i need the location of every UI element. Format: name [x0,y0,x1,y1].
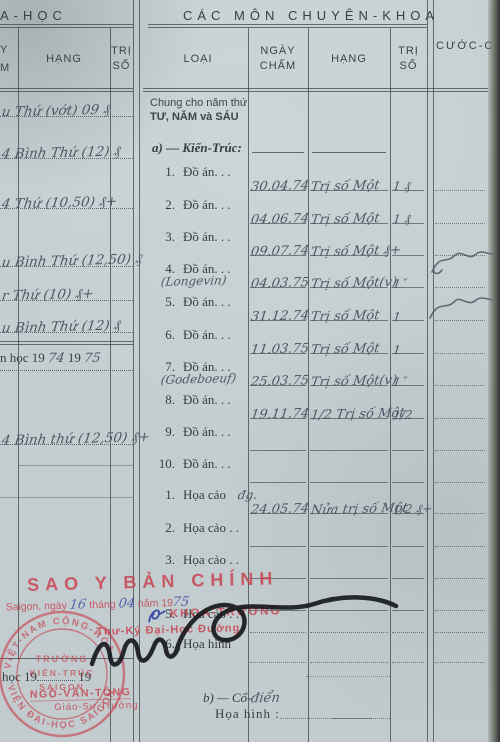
scanned-transcript-page: A-HỌC Y M HẠNG TRỊ SỐ u Thứ (vớt) 09 ₰ 4… [0,0,500,742]
page-edge-shadow [488,0,500,742]
signature [78,572,408,687]
